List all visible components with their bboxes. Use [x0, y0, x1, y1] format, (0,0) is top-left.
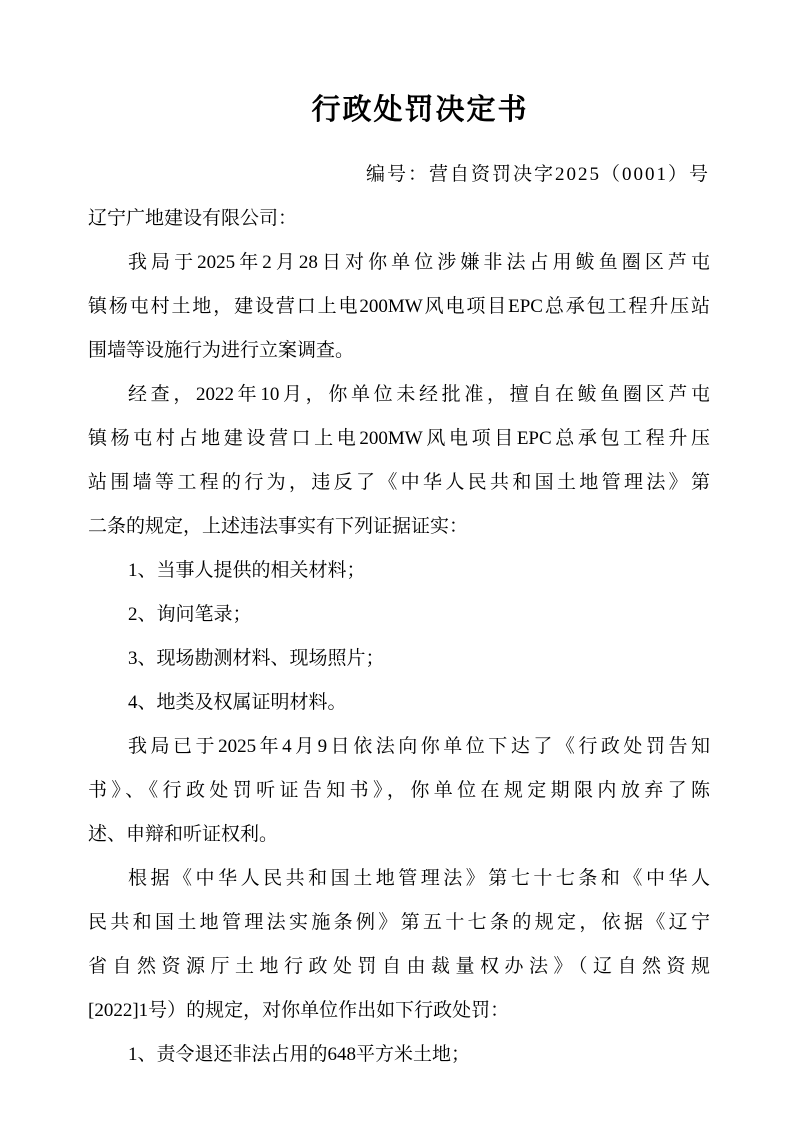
evidence-item-2: 2、询问笔录； [88, 593, 710, 637]
document-line: 站围墙等工程的行为，违反了《中华人民共和国土地管理法》第 [88, 461, 710, 505]
document-line: 民共和国土地管理法实施条例》第五十七条的规定，依据《辽宁 [88, 901, 710, 945]
document-line: 我局已于2025年4月9日依法向你单位下达了《行政处罚告知 [88, 725, 710, 769]
paragraph-case-filing: 我局于2025年2月28日对你单位涉嫌非法占用鲅鱼圈区芦屯 镇杨屯村土地，建设营… [88, 241, 710, 373]
document-line: [2022]1号）的规定，对你单位作出如下行政处罚： [88, 989, 710, 1033]
penalty-decision-document: 行政处罚决定书 编号：营自资罚决字2025（0001）号 辽宁广地建设有限公司：… [0, 0, 793, 1077]
penalty-item-1: 1、责令退还非法占用的648平方米土地； [88, 1033, 710, 1077]
evidence-item-1: 1、当事人提供的相关材料； [88, 549, 710, 593]
evidence-list: 1、当事人提供的相关材料； 2、询问笔录； 3、现场勘测材料、现场照片； 4、地… [88, 549, 710, 725]
document-line: 省自然资源厅土地行政处罚自由裁量权办法》（辽自然资规 [88, 945, 710, 989]
document-title: 行政处罚决定书 [88, 88, 710, 132]
paragraph-findings: 经查，2022年10月，你单位未经批准，擅自在鲅鱼圈区芦屯 镇杨屯村占地建设营口… [88, 373, 710, 549]
document-line: 书》、《行政处罚听证告知书》，你单位在规定期限内放弃了陈 [88, 769, 710, 813]
document-line: 经查，2022年10月，你单位未经批准，擅自在鲅鱼圈区芦屯 [88, 373, 710, 417]
document-line: 述、申辩和听证权利。 [88, 813, 710, 857]
document-line: 围墙等设施行为进行立案调查。 [88, 329, 710, 373]
document-line: 二条的规定，上述违法事实有下列证据证实： [88, 505, 710, 549]
paragraph-legal-basis: 根据《中华人民共和国土地管理法》第七十七条和《中华人 民共和国土地管理法实施条例… [88, 857, 710, 1033]
evidence-item-3: 3、现场勘测材料、现场照片； [88, 637, 710, 681]
evidence-item-4: 4、地类及权属证明材料。 [88, 681, 710, 725]
document-line: 根据《中华人民共和国土地管理法》第七十七条和《中华人 [88, 857, 710, 901]
recipient-line: 辽宁广地建设有限公司： [88, 197, 710, 241]
document-line: 镇杨屯村占地建设营口上电200MW风电项目EPC总承包工程升压 [88, 417, 710, 461]
paragraph-notification: 我局已于2025年4月9日依法向你单位下达了《行政处罚告知 书》、《行政处罚听证… [88, 725, 710, 857]
document-line: 镇杨屯村土地，建设营口上电200MW风电项目EPC总承包工程升压站 [88, 285, 710, 329]
document-number: 编号：营自资罚决字2025（0001）号 [88, 153, 710, 197]
document-line: 我局于2025年2月28日对你单位涉嫌非法占用鲅鱼圈区芦屯 [88, 241, 710, 285]
